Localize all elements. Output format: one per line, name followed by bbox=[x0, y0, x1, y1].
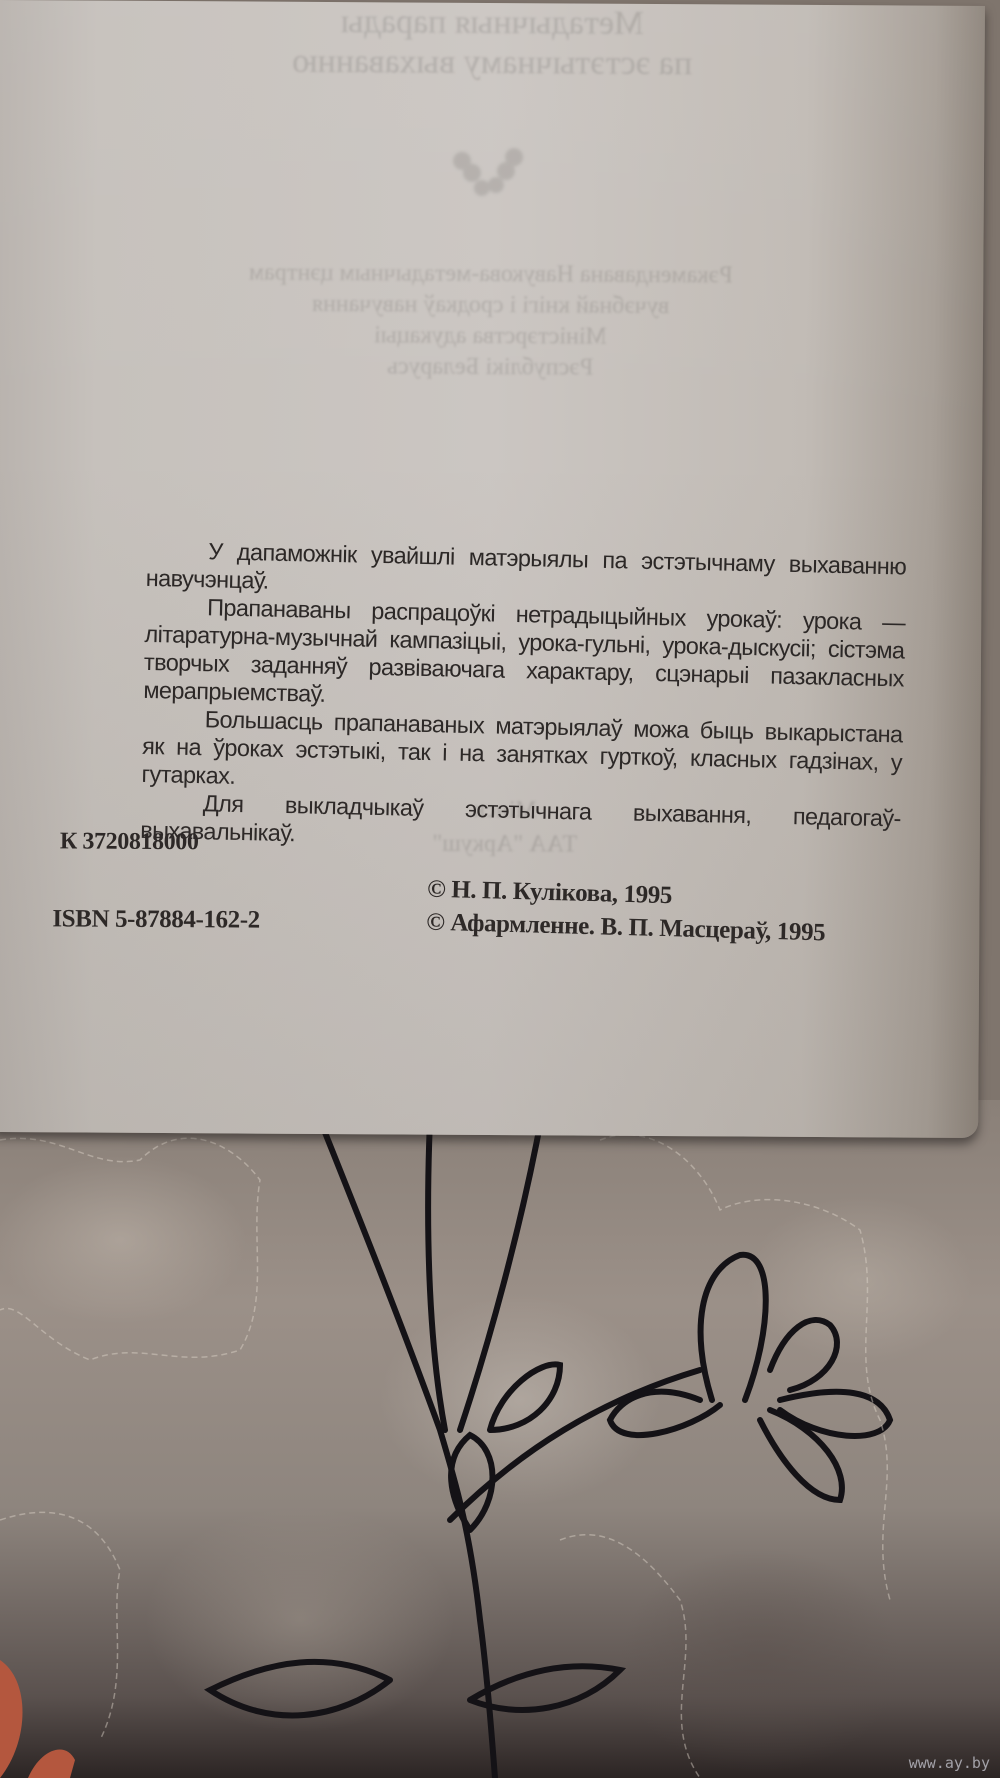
book-page: Метадычныя парады па эстэтычнаму выхаван… bbox=[0, 0, 985, 1138]
isbn: ISBN 5-87884-162-2 bbox=[52, 905, 260, 934]
ghost-line: Міністэрства адукацыі bbox=[0, 318, 983, 355]
show-through-title: Метадычныя парады па эстэтычнаму выхаван… bbox=[0, 0, 985, 86]
copyright-author: © Н. П. Кулікова, 1995 bbox=[427, 873, 827, 917]
show-through-imprint: Мінск ТАА "Аркуш" bbox=[375, 792, 635, 862]
book-annotation: У дапаможнік увайшлі матэрыялы па эстэты… bbox=[140, 536, 907, 861]
flower-embroidery-icon bbox=[0, 1100, 1000, 1778]
annotation-paragraph: Для выкладчыкаў эстэтычнага выхавання, п… bbox=[140, 788, 901, 861]
copyright-design: © Афармленне. В. П. Масцераў, 1995 bbox=[426, 906, 826, 950]
copyright-block: © Н. П. Кулікова, 1995 © Афармленне. В. … bbox=[426, 873, 827, 950]
annotation-paragraph: Прапанаваны распрацоўкі нетрадыцыйных ур… bbox=[143, 592, 905, 721]
ghost-line: Рэкамендавана Навукова-метадычным цэнтра… bbox=[0, 256, 983, 293]
classification-code: К 3720818000 bbox=[60, 828, 199, 856]
annotation-paragraph: Большасць прапанаваных матэрыялаў можа б… bbox=[141, 704, 903, 805]
ghost-line: Мінск bbox=[375, 792, 635, 828]
annotation-paragraph: У дапаможнік увайшлі матэрыялы па эстэты… bbox=[146, 536, 907, 609]
ghost-title-line: па эстэтычнаму выхаванню bbox=[0, 40, 985, 86]
embroidered-fabric-background bbox=[0, 1100, 1000, 1778]
ornament-icon bbox=[444, 143, 534, 204]
ghost-line: Рэспублікі Беларусь bbox=[0, 349, 983, 386]
watermark: www.ay.by bbox=[909, 1754, 990, 1772]
ghost-line: вучэбнай кнігі і сродкаў навучання bbox=[0, 287, 983, 324]
ghost-line: ТАА "Аркуш" bbox=[375, 826, 635, 862]
ghost-title-line: Метадычныя парады bbox=[0, 0, 985, 46]
show-through-recommendation: Рэкамендавана Навукова-метадычным цэнтра… bbox=[0, 256, 983, 386]
